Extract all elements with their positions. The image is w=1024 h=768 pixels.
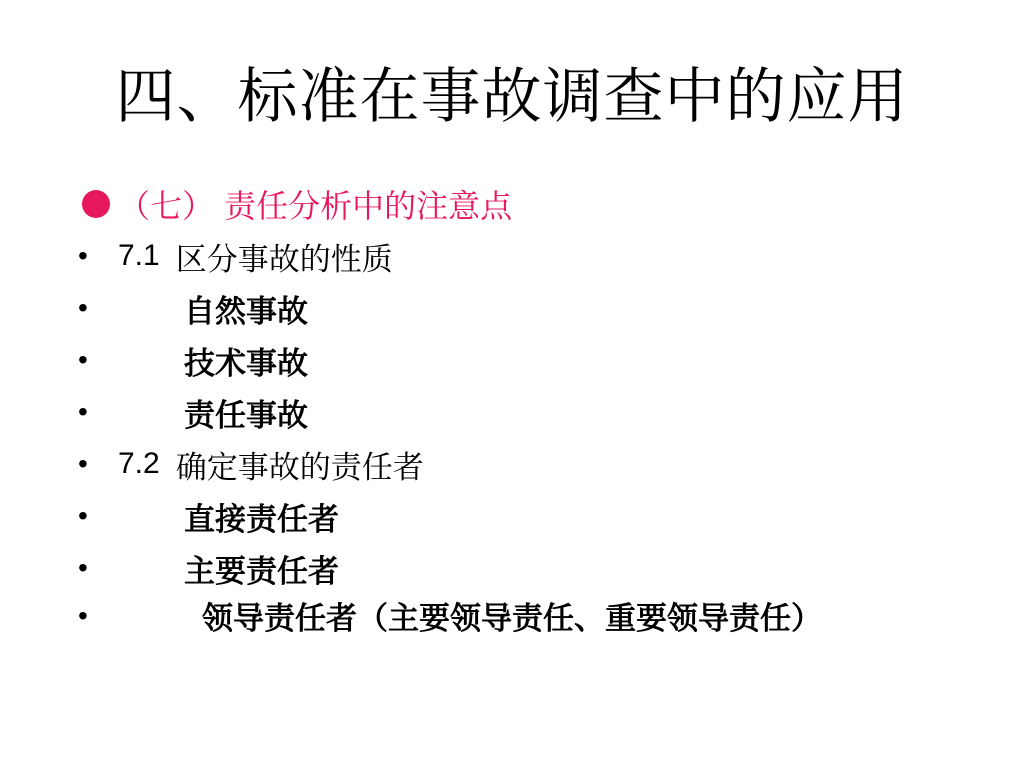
list-item-7-2: • 7.2 确定事故的责任者 xyxy=(78,438,938,490)
bullet-icon: • xyxy=(78,594,100,632)
list-item-main-responsible: • 主要责任者 xyxy=(78,542,938,594)
item-number: 7.1 xyxy=(118,239,160,273)
slide-body: （七） 责任分析中的注意点 • 7.1 区分事故的性质 • 自然事故 • 技术事… xyxy=(78,178,938,644)
item-text: 主要责任者 xyxy=(184,546,339,591)
bullet-icon: • xyxy=(78,552,100,584)
item-text: 确定事故的责任者 xyxy=(176,442,424,487)
list-item-direct-responsible: • 直接责任者 xyxy=(78,490,938,542)
bullet-icon: • xyxy=(78,448,100,480)
list-item-natural-accident: • 自然事故 xyxy=(78,282,938,334)
item-text: 自然事故 xyxy=(184,286,308,331)
slide-title: 四、标准在事故调查中的应用 xyxy=(0,52,1024,142)
item-text: 技术事故 xyxy=(184,338,308,383)
item-text: 区分事故的性质 xyxy=(176,234,393,279)
section-heading: （七） 责任分析中的注意点 xyxy=(78,178,938,230)
bullet-icon: • xyxy=(78,396,100,428)
slide: 四、标准在事故调查中的应用 （七） 责任分析中的注意点 • 7.1 区分事故的性… xyxy=(0,0,1024,768)
list-item-7-1: • 7.1 区分事故的性质 xyxy=(78,230,938,282)
item-text: 领导责任者（主要领导责任、重要领导责任） xyxy=(118,594,918,644)
filled-circle-bullet-icon xyxy=(82,190,110,218)
item-text: 直接责任者 xyxy=(184,494,339,539)
bullet-icon: • xyxy=(78,344,100,376)
bullet-icon: • xyxy=(78,292,100,324)
list-item-technical-accident: • 技术事故 xyxy=(78,334,938,386)
section-heading-text: （七） 责任分析中的注意点 xyxy=(118,181,512,227)
list-item-liability-accident: • 责任事故 xyxy=(78,386,938,438)
list-item-leadership-responsible: • 领导责任者（主要领导责任、重要领导责任） xyxy=(78,594,938,644)
bullet-icon: • xyxy=(78,500,100,532)
bullet-icon: • xyxy=(78,240,100,272)
item-number: 7.2 xyxy=(118,447,160,481)
item-text: 责任事故 xyxy=(184,390,308,435)
